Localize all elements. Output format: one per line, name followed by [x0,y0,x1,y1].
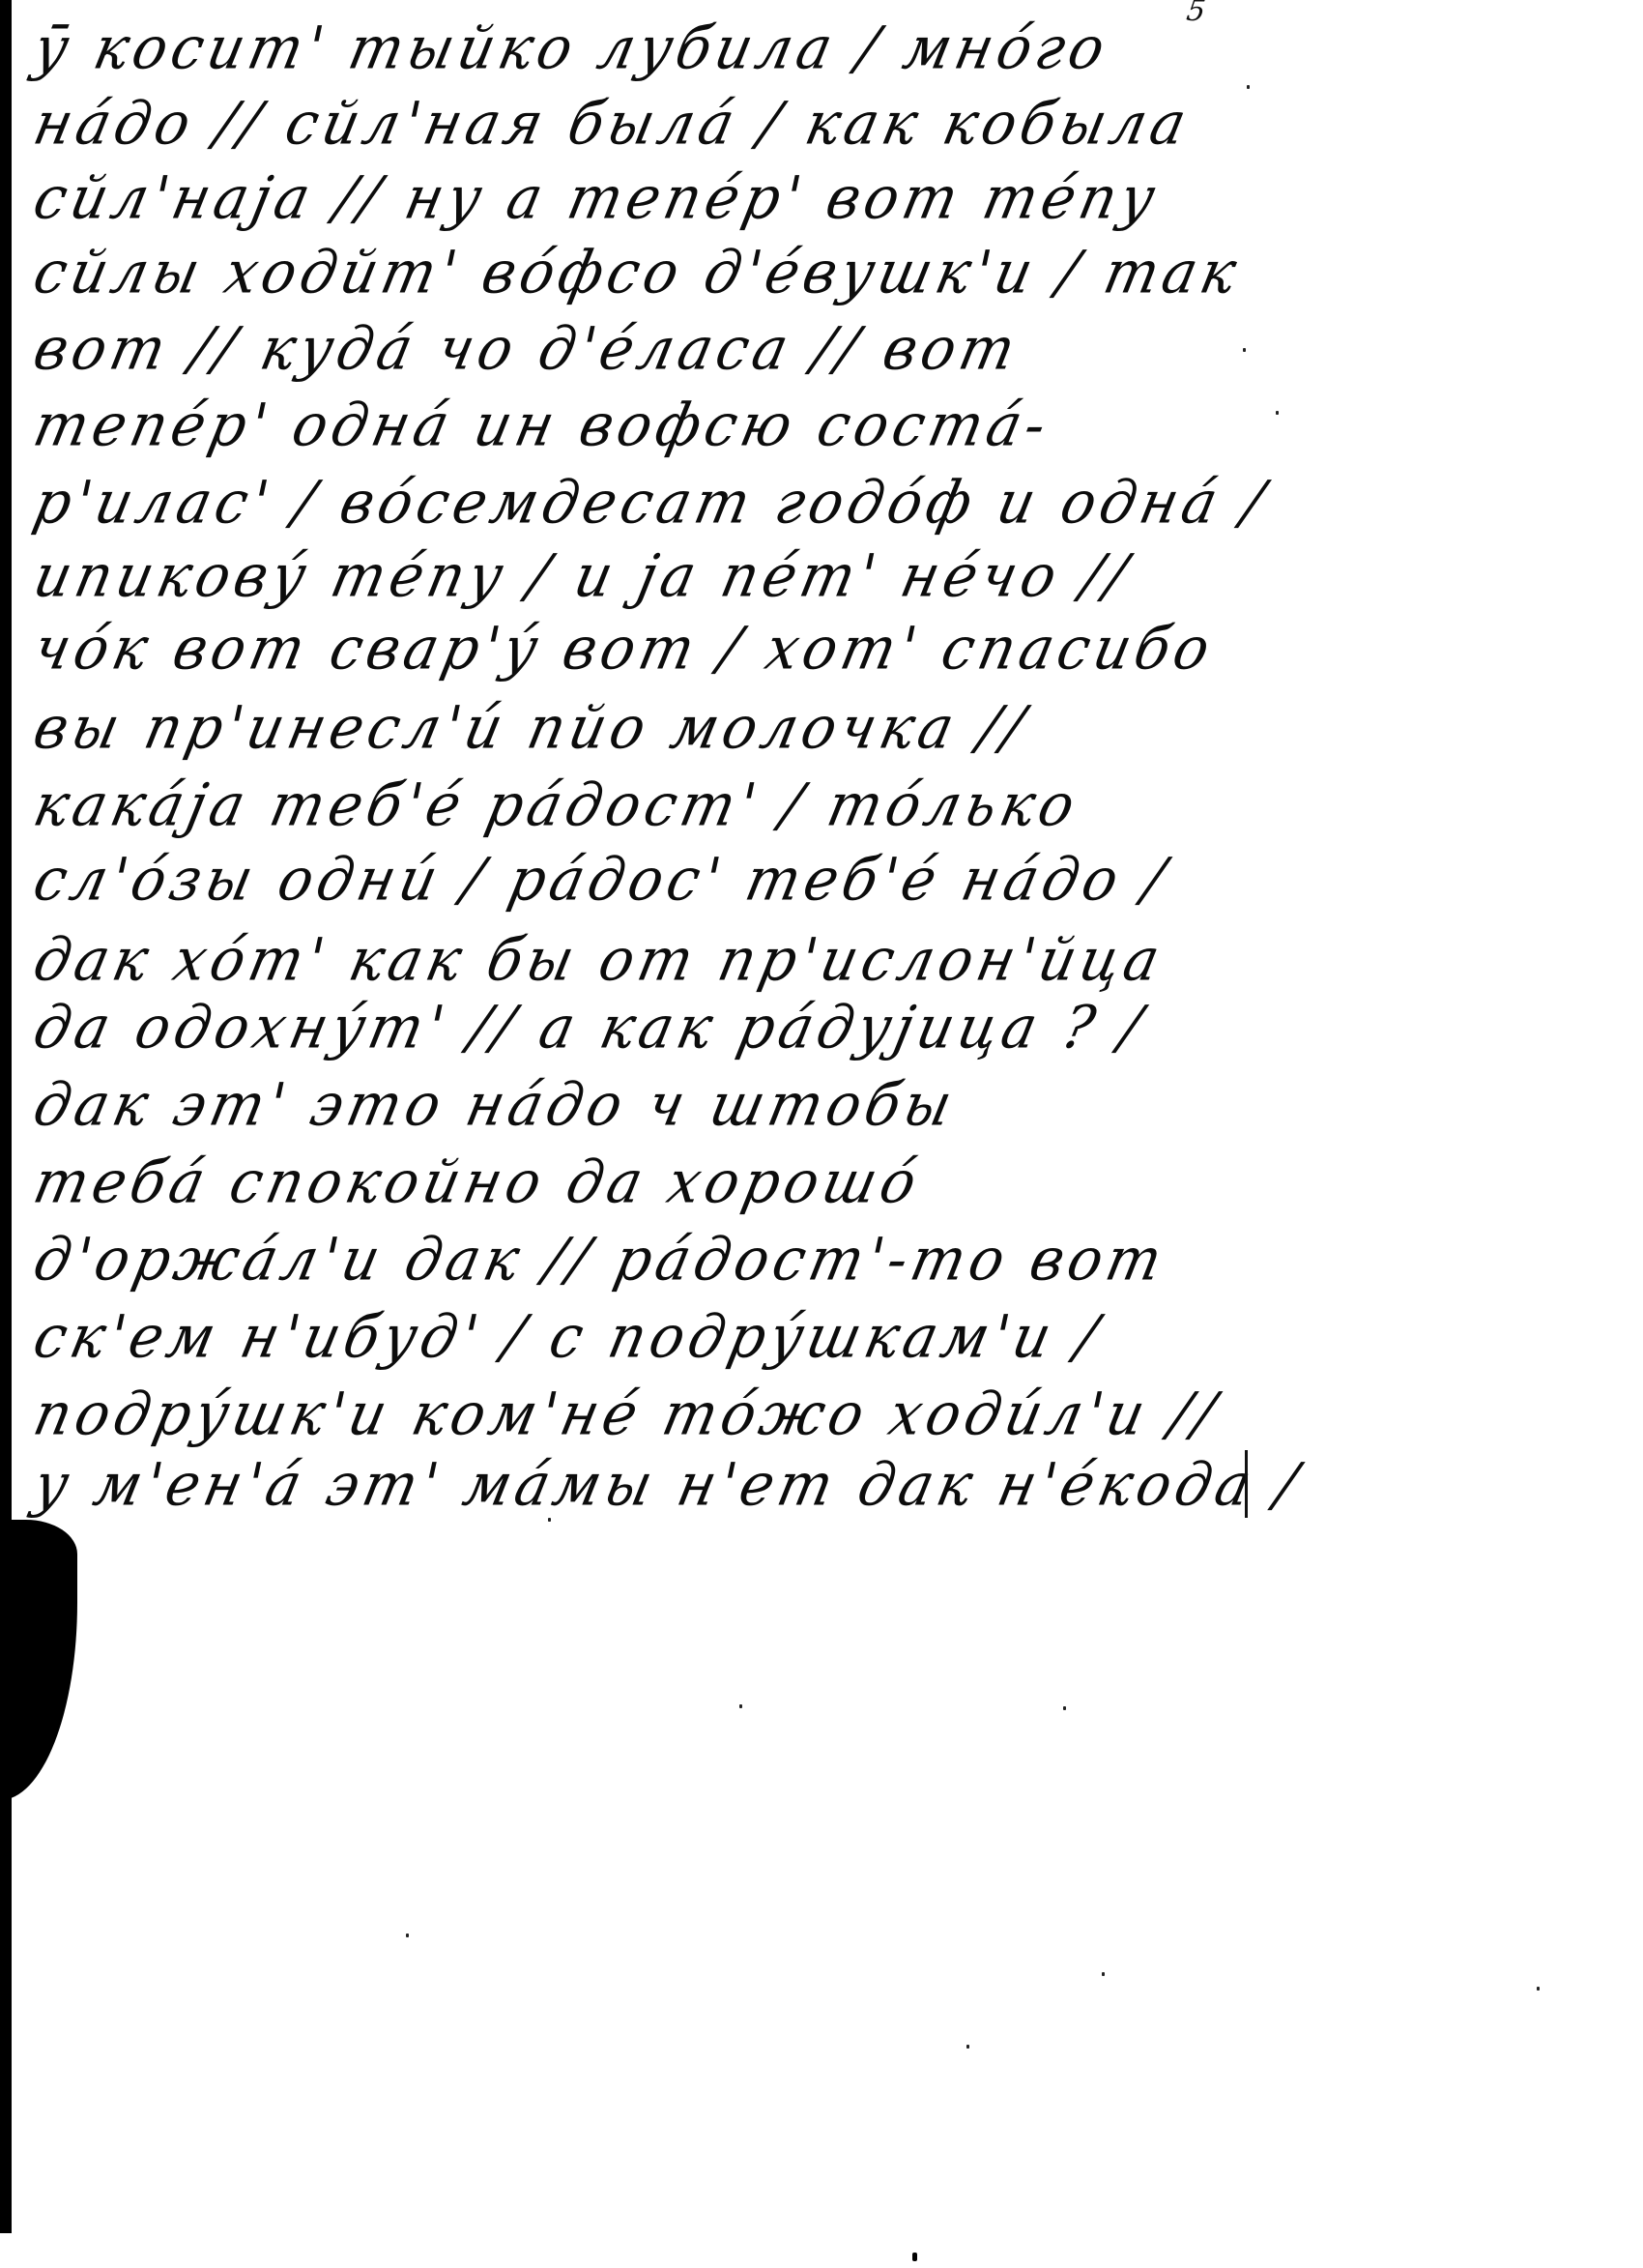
scan-shadow-blob [0,1520,77,1800]
scan-speck [548,1518,551,1522]
text-line-3: сйл'наjа // ну а тепе́р' вот те́пу [29,168,1165,227]
scan-border-left [0,0,12,2233]
scan-speck [1063,1706,1066,1710]
scan-speck-bottom [912,2253,917,2261]
page-number: 5 [1185,0,1208,28]
scanned-page: 5 ӯ косит' тыйко лубила / мно́го на́до /… [0,0,1643,2268]
text-line-8: ипикову́ те́пу / и ja пе́т' не́чо // [29,546,1137,605]
text-line-2: на́до // сйл'ная была́ / как кобыла [29,94,1196,153]
text-line-6: тепе́р' одна́ ин вофсю состá- [29,395,1055,454]
text-line-20: у м'ен'а́ эт' ма́мы н'ет дак н'е́кода / [29,1455,1308,1514]
text-line-15: дак эт' это нáдо ч штобы [29,1075,962,1134]
text-line-13: дак хо́т' как бы от пр'ислон'йца [29,930,1169,989]
scan-speck [1102,1972,1105,1976]
text-line-5: вот // куда́ чо д'е́ласа // вот [29,319,1024,378]
text-line-14: да одохну́т' // а как ра́дуjица ? / [29,998,1151,1057]
text-line-1: ӯ косит' тыйко лубила / мно́го [29,18,1114,77]
scan-speck [1247,85,1250,89]
text-line-4: сйлы ходйт' во́фсо д'е́вушк'и / так [29,243,1246,302]
text-line-17: д'оржа́л'и дак // ра́дост'-то вот [29,1230,1171,1289]
scan-speck [406,1934,409,1937]
text-line-7: р'илас' / во́семдесат годо́ф и одна́ / [29,473,1274,532]
scan-speck [1243,348,1246,352]
text-line-11: какája теб'é рáдост' / то́лько [29,775,1084,834]
closing-bracket-mark [1245,1450,1248,1518]
text-line-16: теба́ спокойно да хорошо́ [29,1152,926,1211]
scan-speck [1276,411,1279,415]
text-line-18: ск'ем н'ибуд' / с подру́шкам'и / [29,1307,1108,1366]
text-line-9: чо́к вот свар'у́ вот / хот' спасибо [29,619,1220,678]
text-line-19: подру́шк'и ком'не́ то́жо ходи́л'и // [29,1384,1225,1443]
text-line-12: сл'о́зы одни́ / ра́дос' теб'é нáдо / [29,850,1174,909]
scan-speck [739,1704,742,1708]
text-line-10: вы пр'инесл'и́ пйо молочка // [29,698,1034,757]
scan-speck [966,2045,969,2049]
scan-speck [1537,1987,1540,1991]
